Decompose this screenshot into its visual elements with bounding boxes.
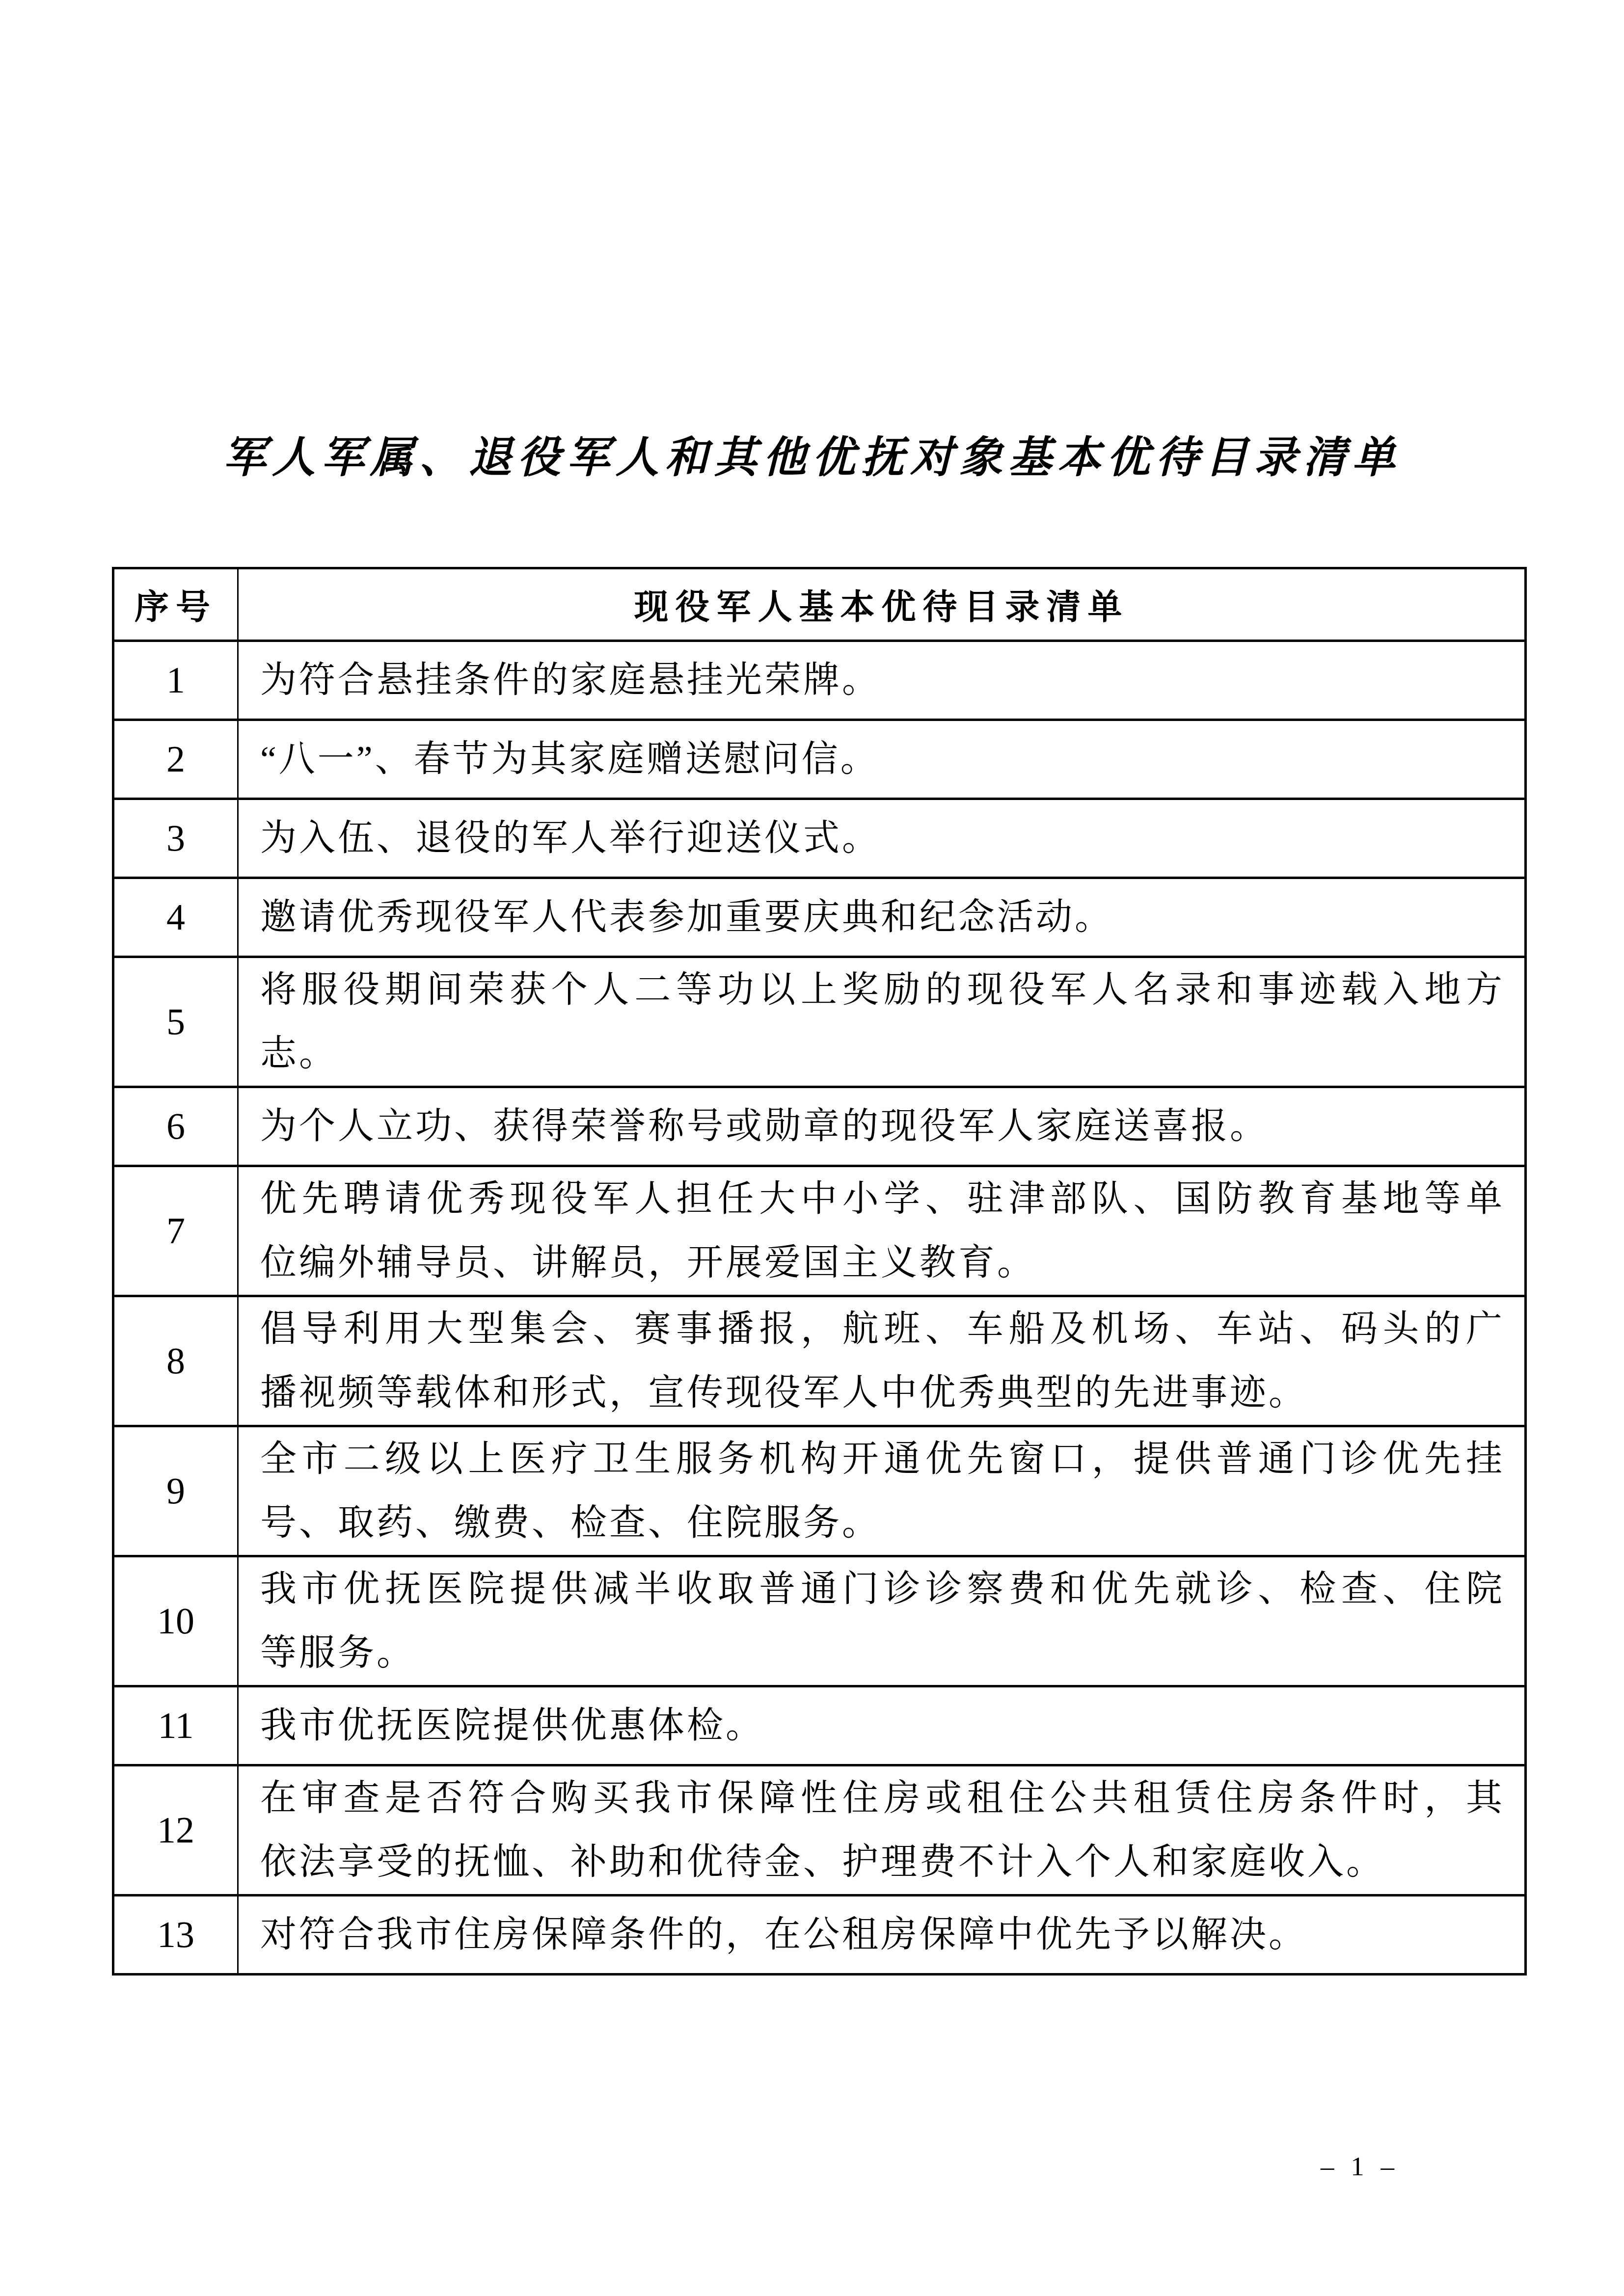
row-content-lines: “八一”、春节为其家庭赠送慰问信。	[260, 732, 1505, 787]
column-header-content: 现役军人基本优待目录清单	[238, 568, 1526, 641]
row-index-cell: 13	[113, 1896, 238, 1975]
row-content-line: 邀请优秀现役军人代表参加重要庆典和纪念活动。	[260, 890, 1505, 945]
table-row: 3为入伍、退役的军人举行迎送仪式。	[113, 799, 1526, 878]
row-content-lines: 全市二级以上医疗卫生服务机构开通优先窗口，提供普通门诊优先挂号、取药、缴费、检查…	[260, 1427, 1505, 1555]
row-content-cell: 对符合我市住房保障条件的，在公租房保障中优先予以解决。	[238, 1896, 1526, 1975]
row-index-cell: 9	[113, 1426, 238, 1556]
row-content-line: 我市优抚医院提供减半收取普通门诊诊察费和优先就诊、检查、住院	[260, 1557, 1505, 1621]
row-content-line: 为入伍、退役的军人举行迎送仪式。	[260, 811, 1505, 866]
row-content-lines: 为入伍、退役的军人举行迎送仪式。	[260, 811, 1505, 866]
row-content-cell: 全市二级以上医疗卫生服务机构开通优先窗口，提供普通门诊优先挂号、取药、缴费、检查…	[238, 1426, 1526, 1556]
row-content-line: 我市优抚医院提供优惠体检。	[260, 1698, 1505, 1753]
table-row: 5将服役期间荣获个人二等功以上奖励的现役军人名录和事迹载入地方志。	[113, 957, 1526, 1087]
row-content-line: 全市二级以上医疗卫生服务机构开通优先窗口，提供普通门诊优先挂	[260, 1427, 1505, 1491]
row-content-lines: 为个人立功、获得荣誉称号或勋章的现役军人家庭送喜报。	[260, 1099, 1505, 1154]
table-row: 10我市优抚医院提供减半收取普通门诊诊察费和优先就诊、检查、住院等服务。	[113, 1556, 1526, 1686]
row-content-line: 为符合悬挂条件的家庭悬挂光荣牌。	[260, 653, 1505, 708]
row-index-cell: 11	[113, 1686, 238, 1765]
row-content-lines: 倡导利用大型集会、赛事播报，航班、车船及机场、车站、码头的广播视频等载体和形式，…	[260, 1297, 1505, 1425]
row-content-cell: “八一”、春节为其家庭赠送慰问信。	[238, 720, 1526, 799]
row-content-line: “八一”、春节为其家庭赠送慰问信。	[260, 732, 1505, 787]
table-row: 2“八一”、春节为其家庭赠送慰问信。	[113, 720, 1526, 799]
row-index-cell: 7	[113, 1166, 238, 1296]
row-content-cell: 邀请优秀现役军人代表参加重要庆典和纪念活动。	[238, 878, 1526, 957]
row-index-cell: 1	[113, 641, 238, 720]
table-row: 7优先聘请优秀现役军人担任大中小学、驻津部队、国防教育基地等单位编外辅导员、讲解…	[113, 1166, 1526, 1296]
table-row: 6为个人立功、获得荣誉称号或勋章的现役军人家庭送喜报。	[113, 1087, 1526, 1166]
row-content-cell: 优先聘请优秀现役军人担任大中小学、驻津部队、国防教育基地等单位编外辅导员、讲解员…	[238, 1166, 1526, 1296]
document-page: 军人军属、退役军人和其他优抚对象基本优待目录清单 序号 现役军人基本优待目录清单…	[0, 0, 1624, 2296]
row-index-cell: 2	[113, 720, 238, 799]
row-content-lines: 我市优抚医院提供减半收取普通门诊诊察费和优先就诊、检查、住院等服务。	[260, 1557, 1505, 1685]
row-index-cell: 5	[113, 957, 238, 1087]
row-index-cell: 10	[113, 1556, 238, 1686]
row-content-line: 播视频等载体和形式，宣传现役军人中优秀典型的先进事迹。	[260, 1361, 1505, 1425]
row-content-cell: 将服役期间荣获个人二等功以上奖励的现役军人名录和事迹载入地方志。	[238, 957, 1526, 1087]
row-index-cell: 3	[113, 799, 238, 878]
row-content-lines: 为符合悬挂条件的家庭悬挂光荣牌。	[260, 653, 1505, 708]
row-content-cell: 在审查是否符合购买我市保障性住房或租住公共租赁住房条件时，其依法享受的抚恤、补助…	[238, 1765, 1526, 1896]
row-content-line: 在审查是否符合购买我市保障性住房或租住公共租赁住房条件时，其	[260, 1766, 1505, 1830]
row-content-cell: 为个人立功、获得荣誉称号或勋章的现役军人家庭送喜报。	[238, 1087, 1526, 1166]
table-row: 8倡导利用大型集会、赛事播报，航班、车船及机场、车站、码头的广播视频等载体和形式…	[113, 1296, 1526, 1426]
row-content-lines: 在审查是否符合购买我市保障性住房或租住公共租赁住房条件时，其依法享受的抚恤、补助…	[260, 1766, 1505, 1894]
row-content-lines: 对符合我市住房保障条件的，在公租房保障中优先予以解决。	[260, 1907, 1505, 1962]
table-row: 4邀请优秀现役军人代表参加重要庆典和纪念活动。	[113, 878, 1526, 957]
row-content-line: 位编外辅导员、讲解员，开展爱国主义教育。	[260, 1231, 1505, 1295]
table-row: 1为符合悬挂条件的家庭悬挂光荣牌。	[113, 641, 1526, 720]
row-content-line: 倡导利用大型集会、赛事播报，航班、车船及机场、车站、码头的广	[260, 1297, 1505, 1361]
table-body: 1为符合悬挂条件的家庭悬挂光荣牌。2“八一”、春节为其家庭赠送慰问信。3为入伍、…	[113, 641, 1526, 1975]
row-content-line: 号、取药、缴费、检查、住院服务。	[260, 1491, 1505, 1555]
row-index-cell: 6	[113, 1087, 238, 1166]
row-content-cell: 为符合悬挂条件的家庭悬挂光荣牌。	[238, 641, 1526, 720]
row-content-lines: 优先聘请优秀现役军人担任大中小学、驻津部队、国防教育基地等单位编外辅导员、讲解员…	[260, 1167, 1505, 1295]
row-content-line: 对符合我市住房保障条件的，在公租房保障中优先予以解决。	[260, 1907, 1505, 1962]
row-content-cell: 倡导利用大型集会、赛事播报，航班、车船及机场、车站、码头的广播视频等载体和形式，…	[238, 1296, 1526, 1426]
row-content-cell: 我市优抚医院提供优惠体检。	[238, 1686, 1526, 1765]
row-content-line: 等服务。	[260, 1621, 1505, 1685]
row-content-lines: 邀请优秀现役军人代表参加重要庆典和纪念活动。	[260, 890, 1505, 945]
benefit-catalog-table: 序号 现役军人基本优待目录清单 1为符合悬挂条件的家庭悬挂光荣牌。2“八一”、春…	[112, 567, 1527, 1976]
row-content-cell: 为入伍、退役的军人举行迎送仪式。	[238, 799, 1526, 878]
row-content-cell: 我市优抚医院提供减半收取普通门诊诊察费和优先就诊、检查、住院等服务。	[238, 1556, 1526, 1686]
page-number: – 1 –	[1321, 2151, 1399, 2182]
table-header-row: 序号 现役军人基本优待目录清单	[113, 568, 1526, 641]
document-title: 军人军属、退役军人和其他优抚对象基本优待目录清单	[0, 423, 1624, 485]
table-row: 12在审查是否符合购买我市保障性住房或租住公共租赁住房条件时，其依法享受的抚恤、…	[113, 1765, 1526, 1896]
row-content-lines: 我市优抚医院提供优惠体检。	[260, 1698, 1505, 1753]
row-index-cell: 12	[113, 1765, 238, 1896]
table-row: 11我市优抚医院提供优惠体检。	[113, 1686, 1526, 1765]
row-index-cell: 4	[113, 878, 238, 957]
row-content-line: 优先聘请优秀现役军人担任大中小学、驻津部队、国防教育基地等单	[260, 1167, 1505, 1231]
row-content-line: 将服役期间荣获个人二等功以上奖励的现役军人名录和事迹载入地方	[260, 958, 1505, 1022]
column-header-index: 序号	[113, 568, 238, 641]
row-index-cell: 8	[113, 1296, 238, 1426]
row-content-line: 为个人立功、获得荣誉称号或勋章的现役军人家庭送喜报。	[260, 1099, 1505, 1154]
row-content-lines: 将服役期间荣获个人二等功以上奖励的现役军人名录和事迹载入地方志。	[260, 958, 1505, 1086]
row-content-line: 志。	[260, 1022, 1505, 1086]
row-content-line: 依法享受的抚恤、补助和优待金、护理费不计入个人和家庭收入。	[260, 1830, 1505, 1894]
table-row: 13对符合我市住房保障条件的，在公租房保障中优先予以解决。	[113, 1896, 1526, 1975]
table-row: 9全市二级以上医疗卫生服务机构开通优先窗口，提供普通门诊优先挂号、取药、缴费、检…	[113, 1426, 1526, 1556]
